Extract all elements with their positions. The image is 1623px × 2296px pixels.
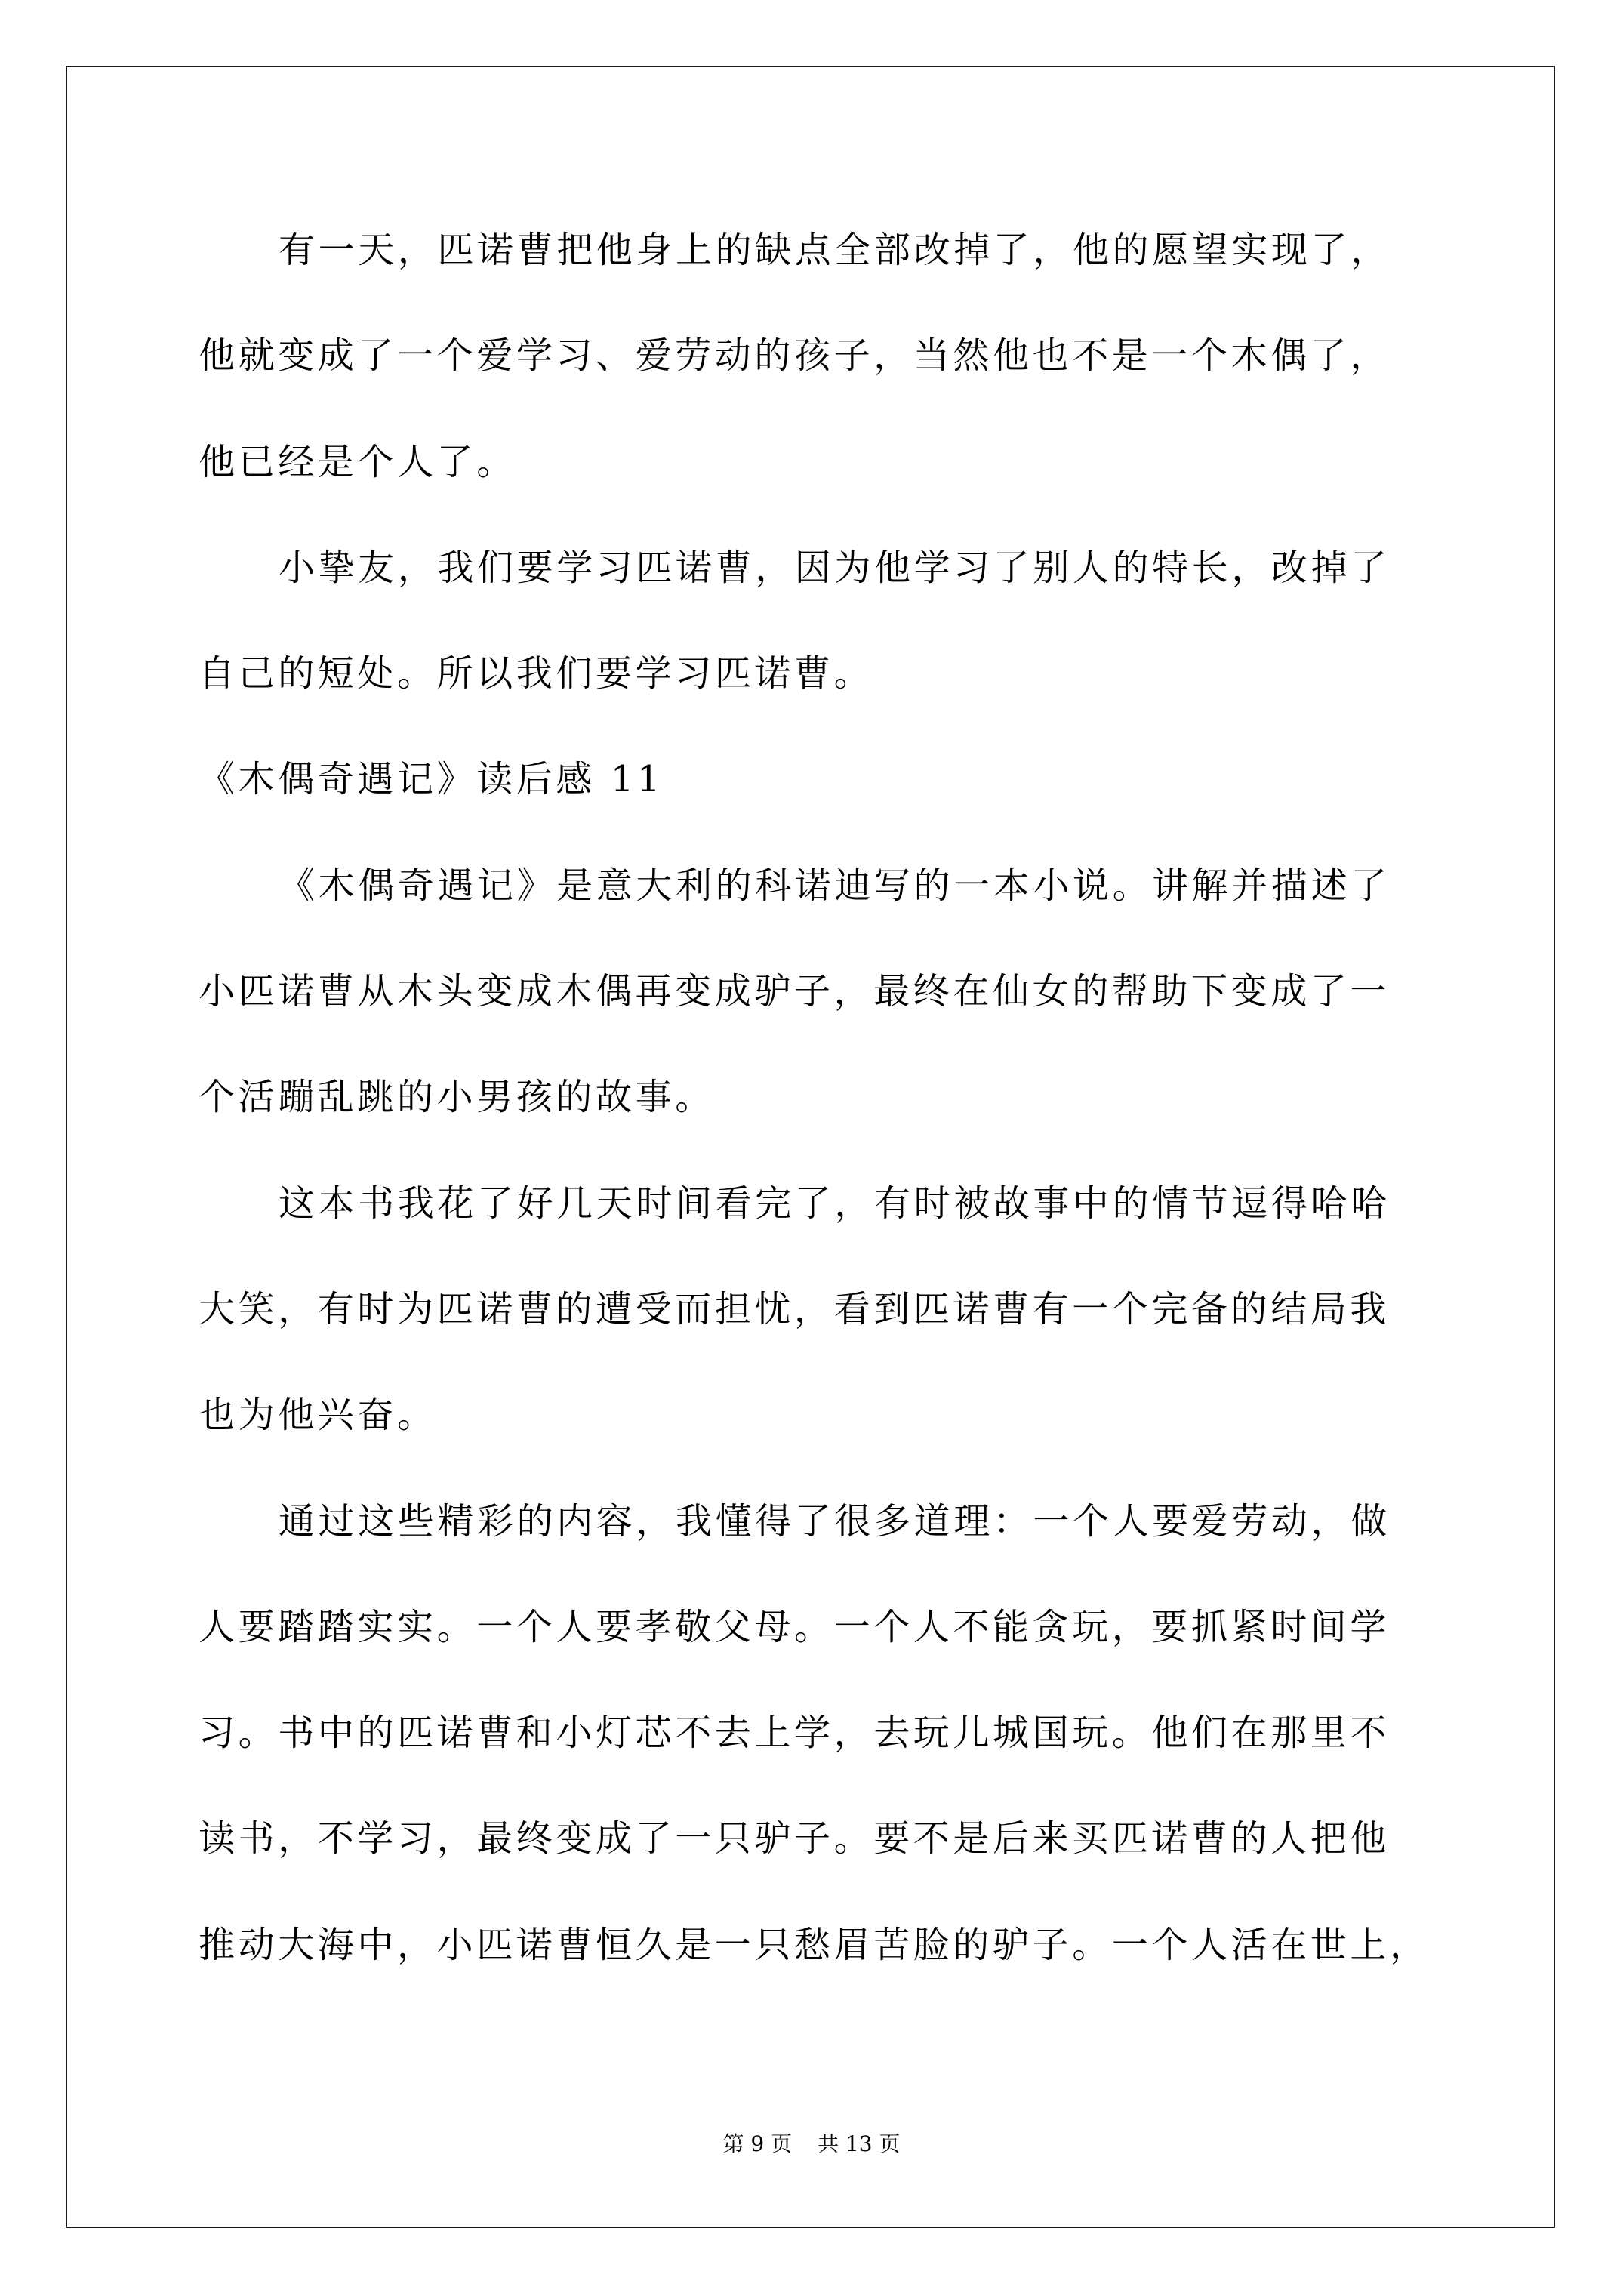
document-body: 有一天，匹诺曹把他身上的缺点全部改掉了，他的愿望实现了， 他就变成了一个爱学习、… [199, 217, 1444, 2017]
paragraph-line: 推动大海中，小匹诺曹恒久是一只愁眉苦脸的驴子。一个人活在世上， [199, 1912, 1444, 2017]
page-footer: 第 9 页共 13 页 [0, 2131, 1623, 2158]
page-number: 第 9 页 [722, 2131, 792, 2158]
paragraph-line: 大笑，有时为匹诺曹的遭受而担忧，看到匹诺曹有一个完备的结局我 [199, 1276, 1444, 1382]
paragraph-line: 也为他兴奋。 [199, 1382, 1444, 1487]
paragraph-line: 《木偶奇遇记》是意大利的科诺迪写的一本小说。讲解并描述了 [199, 852, 1444, 958]
paragraph-line: 小匹诺曹从木头变成木偶再变成驴子，最终在仙女的帮助下变成了一 [199, 958, 1444, 1064]
paragraph-line: 这本书我花了好几天时间看完了，有时被故事中的情节逗得哈哈 [199, 1170, 1444, 1276]
paragraph-line: 自己的短处。所以我们要学习匹诺曹。 [199, 640, 1444, 746]
paragraph-line: 小挚友，我们要学习匹诺曹，因为他学习了别人的特长，改掉了 [199, 535, 1444, 640]
paragraph-line: 习。书中的匹诺曹和小灯芯不去上学，去玩儿城国玩。他们在那里不 [199, 1700, 1444, 1805]
paragraph-line: 个活蹦乱跳的小男孩的故事。 [199, 1064, 1444, 1170]
section-heading: 《木偶奇遇记》读后感 11 [199, 746, 1444, 852]
paragraph-line: 他已经是个人了。 [199, 429, 1444, 535]
page-total: 共 13 页 [818, 2131, 900, 2158]
paragraph-line: 人要踏踏实实。一个人要孝敬父母。一个人不能贪玩，要抓紧时间学 [199, 1594, 1444, 1700]
paragraph-line: 他就变成了一个爱学习、爱劳动的孩子，当然他也不是一个木偶了， [199, 322, 1444, 428]
paragraph-line: 读书，不学习，最终变成了一只驴子。要不是后来买匹诺曹的人把他 [199, 1805, 1444, 1911]
paragraph-line: 通过这些精彩的内容，我懂得了很多道理：一个人要爱劳动，做 [199, 1488, 1444, 1594]
paragraph-line: 有一天，匹诺曹把他身上的缺点全部改掉了，他的愿望实现了， [199, 217, 1444, 322]
